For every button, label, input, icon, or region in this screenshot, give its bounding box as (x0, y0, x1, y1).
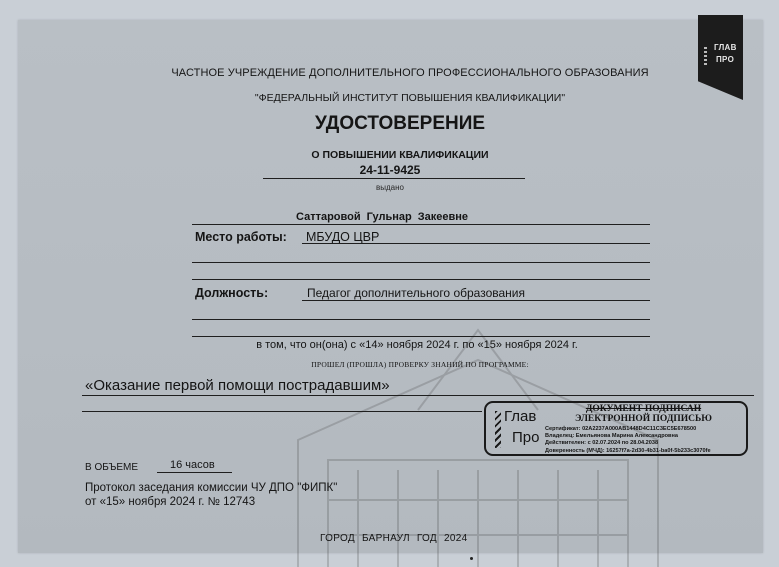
stamp-details: Сертификат: 02A2237A000AB1448D4C11C3EC5E… (545, 426, 711, 455)
blank-line-2 (192, 279, 650, 280)
organization-full-name: "ФЕДЕРАЛЬНЫЙ ИНСТИТУТ ПОВЫШЕНИЯ КВАЛИФИК… (220, 92, 600, 104)
electronic-signature-stamp: Глав Про ДОКУМЕНТ ПОДПИСАН ЭЛЕКТРОННОЙ П… (484, 401, 748, 456)
blank-line-4 (192, 336, 650, 337)
blank-line-1 (192, 262, 650, 263)
workplace-value: МБУДО ЦВР (306, 230, 379, 244)
hours-value: 16 часов (170, 459, 215, 471)
stamp-title-line2: ЭЛЕКТРОННОЙ ПОДПИСЬЮ (546, 414, 741, 424)
workplace-label: Место работы: (195, 230, 287, 244)
logo-text-line1: ГЛАВ (714, 43, 737, 52)
stamp-title: ДОКУМЕНТ ПОДПИСАН ЭЛЕКТРОННОЙ ПОДПИСЬЮ (546, 404, 741, 424)
workplace-underline (302, 243, 650, 244)
stamp-logo-line1: Глав (504, 408, 536, 425)
stamp-title-line1: ДОКУМЕНТ ПОДПИСАН (546, 404, 741, 414)
blank-line-3 (192, 319, 650, 320)
program-blank-line (82, 411, 482, 412)
issued-label: выдано (340, 183, 440, 192)
stamp-power-of-attorney: Доверенность (МЧД): 16257f7a-2d30-4b31-b… (545, 448, 711, 455)
volume-label: В ОБЪЕМЕ (85, 462, 138, 473)
protocol-info: Протокол заседания комиссии ЧУ ДПО "ФИПК… (85, 481, 337, 509)
stamp-certificate: Сертификат: 02A2237A000AB1448D4C11C3EC5E… (545, 426, 711, 433)
logo-text-line2: ПРО (716, 55, 734, 64)
hours-underline (157, 472, 232, 473)
city-year: ГОРОД БАРНАУЛ ГОД 2024 (320, 533, 468, 544)
position-value: Педагог дополнительного образования (307, 286, 525, 300)
dot-mark (470, 557, 473, 560)
stamp-logo-line2: Про (512, 429, 539, 446)
logo-stripes-icon (704, 47, 707, 65)
program-underline (82, 395, 754, 396)
position-underline (302, 300, 650, 301)
protocol-line1: Протокол заседания комиссии ЧУ ДПО "ФИПК… (85, 481, 337, 495)
document-title: УДОСТОВЕРЕНИЕ (250, 113, 550, 135)
document-subtitle: О ПОВЫШЕНИИ КВАЛИФИКАЦИИ (260, 149, 540, 161)
passed-label: ПРОШЕЛ (ПРОШЛА) ПРОВЕРКУ ЗНАНИЙ ПО ПРОГР… (270, 360, 570, 369)
certificate-number: 24-11-9425 (300, 163, 480, 177)
program-name: «Оказание первой помощи пострадавшим» (85, 377, 390, 394)
stamp-validity: Действителен: с 02.07.2024 по 28.04.2038 (545, 440, 711, 447)
training-period: в том, что он(она) с «14» ноября 2024 г.… (222, 339, 612, 351)
recipient-name: Саттаровой Гульнар Закеевне (296, 211, 468, 223)
stamp-hatch-icon (495, 411, 501, 448)
position-label: Должность: (195, 286, 268, 300)
number-underline (263, 178, 525, 179)
organization-name: ЧАСТНОЕ УЧРЕЖДЕНИЕ ДОПОЛНИТЕЛЬНОГО ПРОФЕ… (150, 67, 670, 79)
recipient-underline (192, 224, 650, 225)
protocol-line2: от «15» ноября 2024 г. № 12743 (85, 495, 337, 509)
